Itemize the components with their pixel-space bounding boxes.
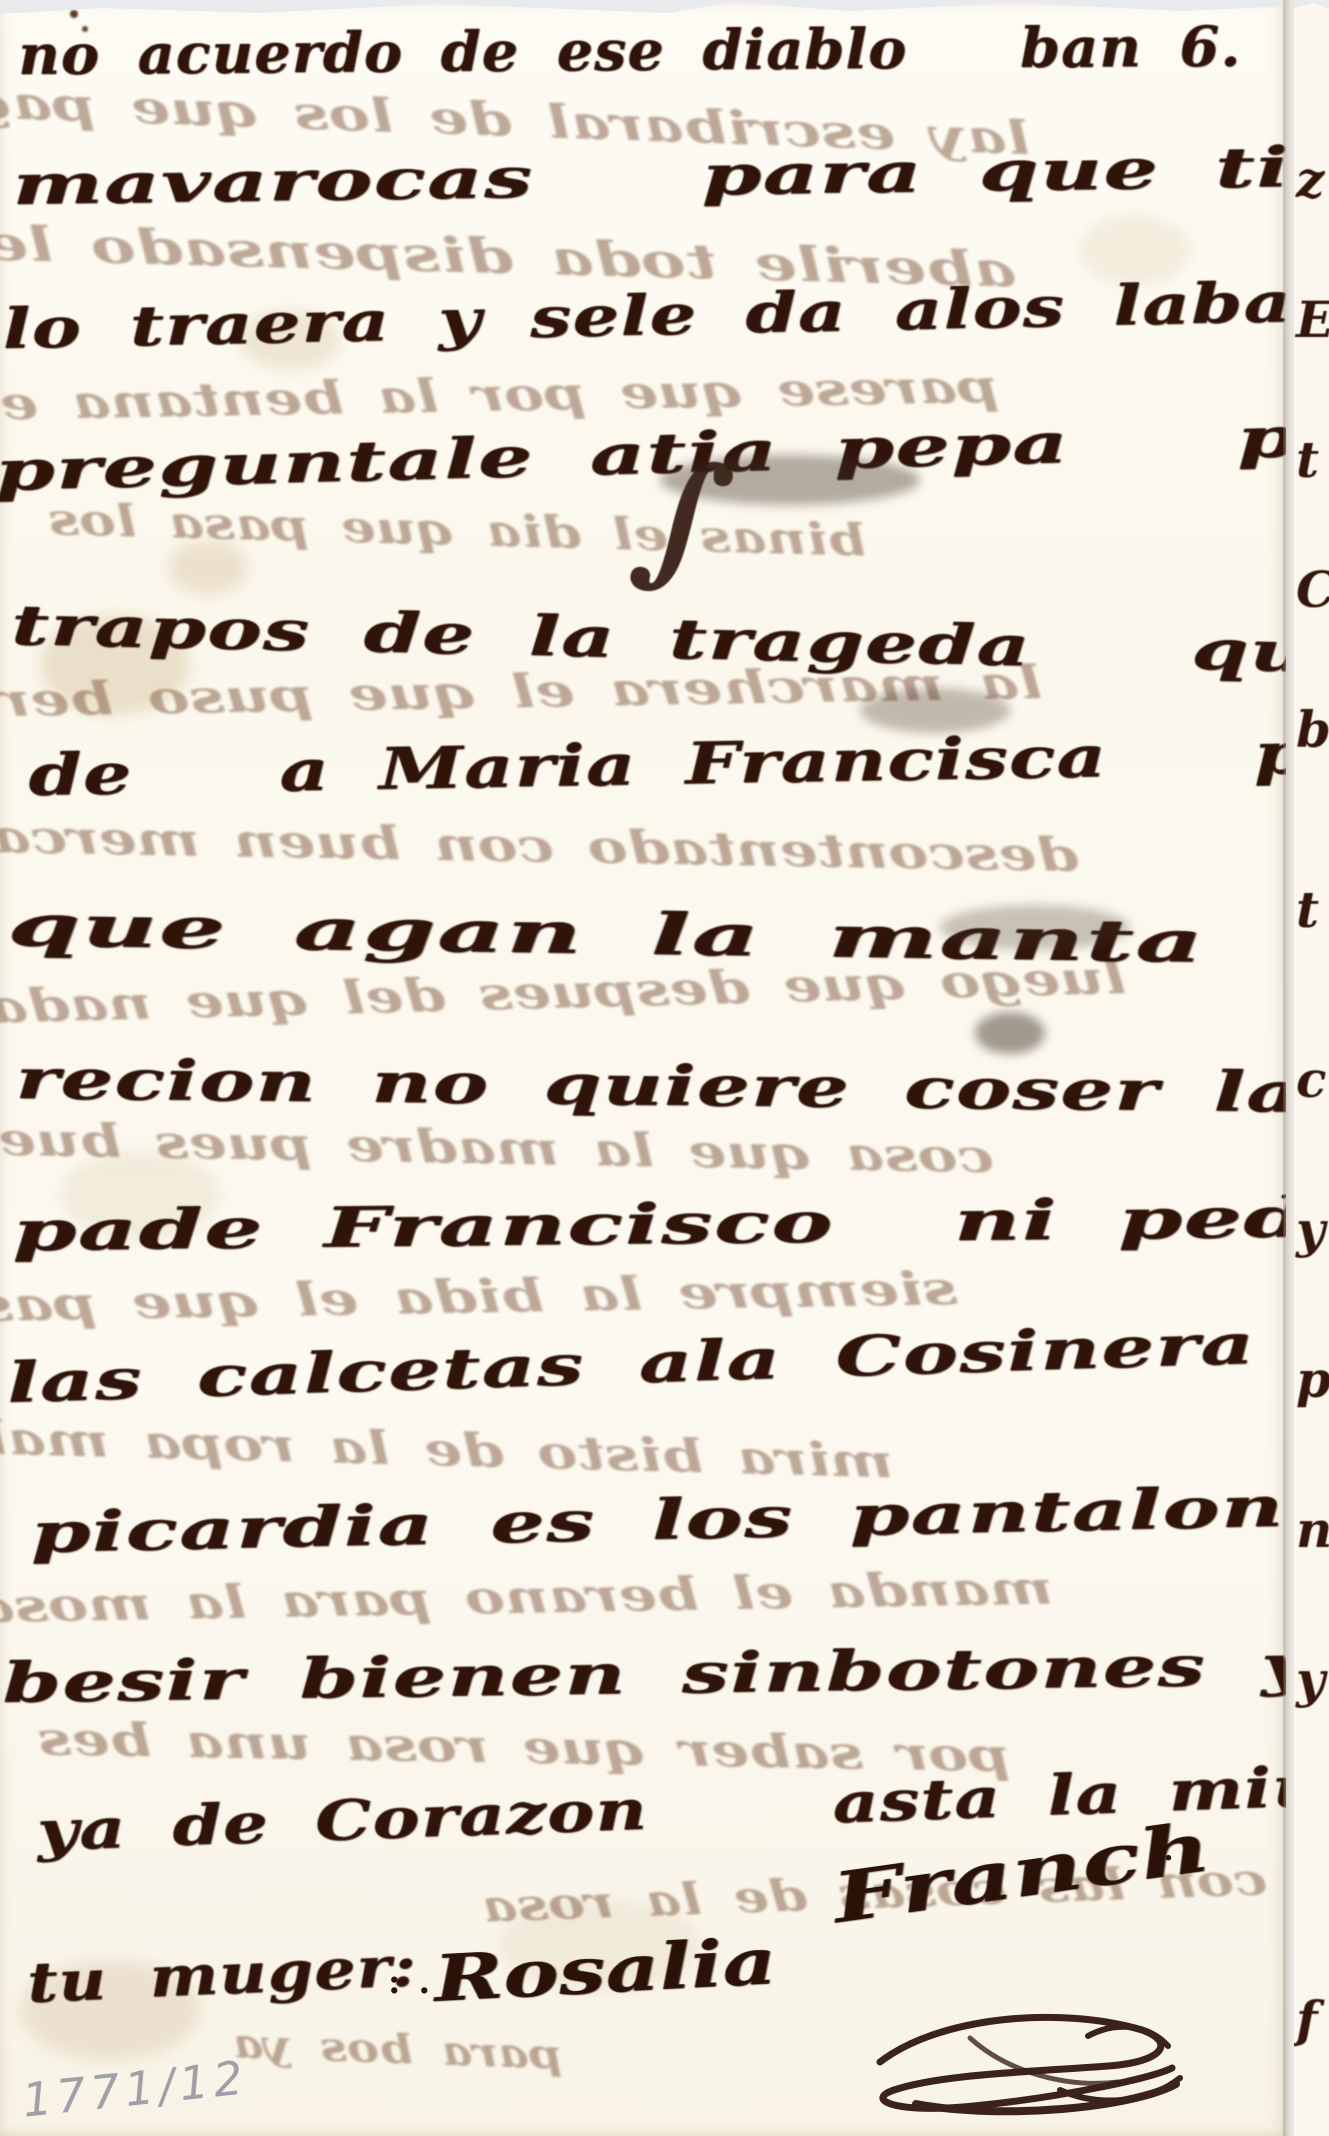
manuscript-line-2: mavarocas para que ti a Juan: [12, 129, 1329, 218]
bleedthrough-line: para bos ya: [232, 2020, 564, 2079]
cut-letter-fragment: t: [1296, 880, 1319, 939]
scanned-letter: lay escribaral de los que pago aberile t…: [0, 0, 1329, 2136]
signature-first-name: Rosalia: [432, 1924, 778, 2017]
cut-letter-fragment: p: [1296, 1350, 1329, 1409]
ink-smudge: [860, 688, 1010, 733]
cut-letter-fragment: y: [1296, 1200, 1325, 1259]
bleedthrough-line: siempre la bida el que pasa: [0, 1261, 958, 1334]
signature-superscript-marks: ··: [1147, 1840, 1180, 1879]
cut-letter-fragment: c: [1296, 1050, 1326, 1109]
bleedthrough-line: manda el berano para la mosa: [0, 1561, 1053, 1635]
signature-rubric-flourish: [850, 1978, 1190, 2132]
bleedthrough-line: descontentado con buen mercado: [0, 808, 1079, 884]
cut-letter-fragment: n: [1296, 1500, 1329, 1559]
cut-letter-fragment: y: [1296, 1650, 1325, 1709]
manuscript-line-6: de a Maria Francisca para: [28, 717, 1329, 810]
letter-page: lay escribaral de los que pago aberile t…: [0, 0, 1286, 2136]
manuscript-line-14: tu muger:: [26, 1933, 418, 2016]
ink-blot: [975, 1012, 1045, 1054]
cut-letter-fragment: f: [1296, 1990, 1318, 2049]
manuscript-line-12: besir bienen sinbotones y estu: [2, 1628, 1329, 1716]
ink-smudge: [660, 455, 920, 505]
cut-letter-fragment: E: [1296, 290, 1329, 349]
manuscript-line-1: no acuerdo de ese diablo ban 6.: [18, 13, 1241, 88]
page-edge-shadow: [1283, 0, 1295, 2136]
ink-speck: [70, 10, 78, 18]
cut-letter-fragment: C: [1296, 560, 1329, 619]
cut-letter-fragment: b: [1296, 700, 1329, 759]
cut-letter-fragment: z: [1296, 150, 1324, 209]
bleedthrough-line: mira bisto de la ropa mala: [0, 1410, 894, 1490]
ink-smudge: [940, 905, 1130, 950]
archive-number-pencil: 1771/12: [20, 2050, 251, 2127]
signature-lead-marks: : .: [388, 1962, 433, 2002]
adjacent-page-sliver: z E t C b t c y p n y f: [1294, 0, 1329, 2136]
cut-letter-fragment: t: [1296, 430, 1319, 489]
